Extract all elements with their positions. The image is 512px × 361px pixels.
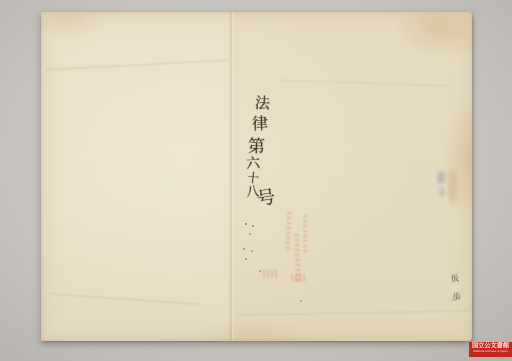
calligraphy-char: 律 <box>252 111 269 135</box>
paper-crease <box>45 59 229 70</box>
faded-stamp-mark <box>437 171 445 184</box>
badge-title: 国立公文書館 <box>470 342 511 350</box>
ink-speck <box>245 223 247 225</box>
document-page: 法 律 第 六 十 八 号 仮 歩 <box>41 12 472 341</box>
faded-stamp-mark <box>439 187 445 197</box>
annotation-mark: 歩 <box>451 289 462 303</box>
edge-stain <box>448 170 457 204</box>
ink-bleed-mark <box>291 274 307 282</box>
calligraphy-char: 号 <box>255 183 276 211</box>
ink-bleed-mark <box>303 215 307 255</box>
annotation-mark: 仮 <box>450 273 459 285</box>
archives-badge: 国立公文書館 National Archives of Japan <box>469 342 512 357</box>
paper-crease <box>49 293 199 305</box>
scan-background: 法 律 第 六 十 八 号 仮 歩 国立公文書館 National Archiv… <box>0 0 512 361</box>
paper-right-half-tint <box>232 12 472 341</box>
ink-bleed-mark <box>263 269 278 278</box>
badge-subtitle: National Archives of Japan <box>469 350 512 353</box>
fold-crease <box>229 12 234 341</box>
